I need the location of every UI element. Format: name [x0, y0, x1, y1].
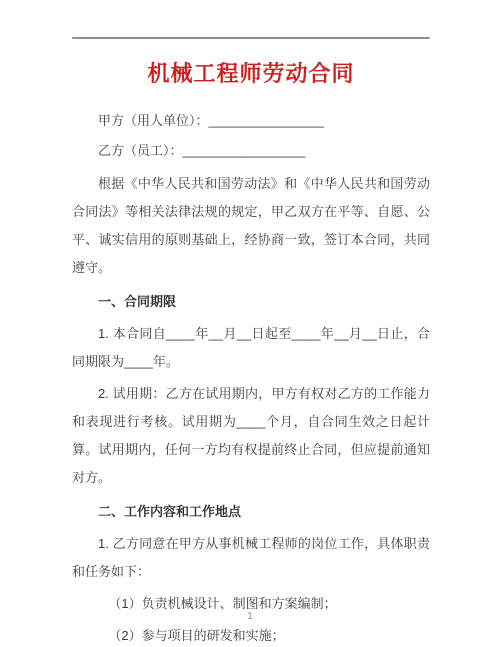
section-1-paragraph-2: 2. 试用期：乙方在试用期内，甲方有权对乙方的工作能力和表现进行考核。试用期为_… [72, 380, 430, 492]
section-2-paragraph-1: 1. 乙方同意在甲方从事机械工程师的岗位工作，具体职责和任务如下： [72, 530, 430, 586]
preamble-paragraph: 根据《中华人民共和国劳动法》和《中华人民共和国劳动合同法》等相关法律法规的规定，… [72, 170, 430, 282]
document-title: 机械工程师劳动合同 [72, 61, 430, 87]
section-1-paragraph-1: 1. 本合同自____年__月__日起至____年__月__日止，合同期限为__… [72, 320, 430, 376]
duty-item-2: （2）参与项目的研发和实施； [72, 622, 430, 647]
section-2-heading: 二、工作内容和工作地点 [72, 498, 430, 526]
header-rule [72, 37, 430, 39]
contract-page: 机械工程师劳动合同 甲方（用人单位）：________________ 乙方（员… [0, 0, 500, 647]
contract-content: 机械工程师劳动合同 甲方（用人单位）：________________ 乙方（员… [0, 37, 500, 647]
section-1-heading: 一、合同期限 [72, 288, 430, 316]
page-number: 1 [0, 611, 500, 622]
party-b-line: 乙方（员工）：_________________ [72, 136, 430, 166]
party-a-line: 甲方（用人单位）：________________ [72, 106, 430, 136]
